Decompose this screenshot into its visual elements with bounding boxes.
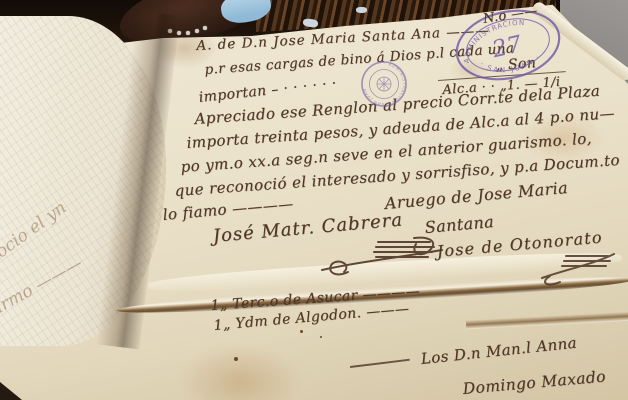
ink-spot: [234, 357, 238, 361]
bracelet-bead: [203, 26, 207, 30]
fabric-light-patch: [356, 7, 367, 13]
signature-rubric-otonorato: [536, 246, 620, 286]
oval-stamp-number: 27: [489, 31, 525, 63]
bracelet-bead: [195, 29, 199, 33]
bracelet-bead: [186, 31, 190, 35]
ink-spot: [300, 330, 303, 333]
photo-of-manuscript: ocio el yn irmo ——— A. de D.n Jose Maria…: [0, 0, 628, 400]
round-stamp: · ADMINISTRACION · SAN JUAN: [360, 60, 408, 108]
signature-rubric-cabrera: [318, 232, 448, 276]
ink-spot: [320, 336, 322, 338]
